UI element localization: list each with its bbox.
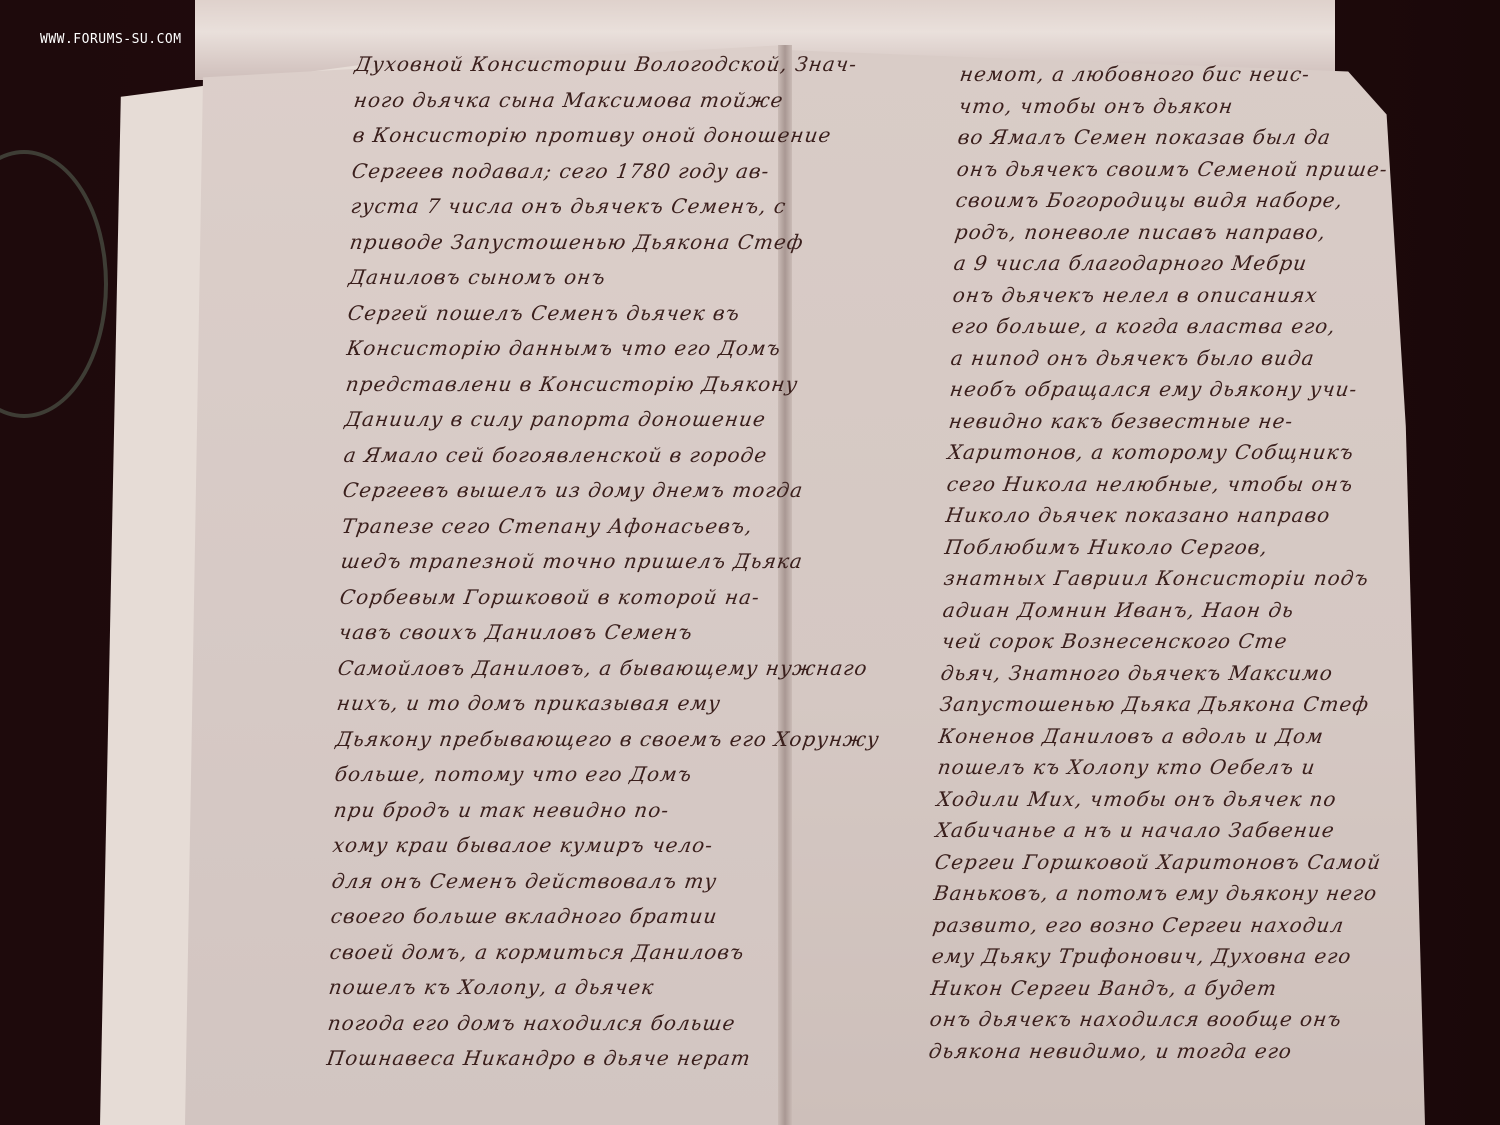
handwritten-line: своимъ Богородицы видя наборе,: [954, 188, 1344, 212]
handwritten-line: адиан Домнин Иванъ, Наон дь: [941, 598, 1296, 622]
handwritten-line: Сергеевъ вышелъ из дому днемъ тогда: [341, 478, 805, 502]
handwritten-line: в Консисторію противу оной доношение: [351, 123, 833, 147]
handwritten-line: пошелъ къ Холопу, а дьячек: [327, 975, 656, 999]
handwritten-line: густа 7 числа онъ дьячекъ Семенъ, с: [349, 194, 788, 218]
handwritten-line: во Ямалъ Семен показав был да: [956, 125, 1332, 149]
handwritten-line: Даниловъ сыномъ онъ: [347, 265, 607, 289]
handwritten-line: Коненов Даниловъ а вдоль и Дом: [937, 724, 1325, 748]
handwritten-line: Пошнавеса Никандро в дьяче нерат: [325, 1046, 752, 1070]
handwritten-line: Николо дьячек показано направо: [944, 503, 1332, 527]
handwritten-line: Хабичанье а нъ и начало Забвение: [934, 818, 1336, 842]
handwritten-line: родъ, поневоле писавъ направо,: [953, 220, 1327, 244]
handwritten-line: необъ обращался ему дьякону учи-: [948, 377, 1359, 401]
handwritten-line: а 9 числа благодарного Мебри: [952, 251, 1309, 275]
handwritten-line: нихъ, и то домъ приказывая ему: [335, 691, 722, 715]
handwritten-line: Трапезе сего Степану Афонасьевъ,: [340, 514, 754, 538]
handwritten-line: Сергеи Горшковой Харитоновъ Самой: [933, 850, 1383, 874]
watermark: WWW.FORUMS-SU.COM: [40, 32, 182, 47]
handwritten-line: а нипод онъ дьячекъ было вида: [949, 346, 1316, 370]
handwritten-line: ного дьячка сына Максимова тойже: [352, 88, 785, 112]
handwritten-line: погода его домъ находился больше: [326, 1011, 737, 1035]
handwritten-line: Самойловъ Даниловъ, а бывающему нужнаго: [336, 656, 869, 680]
handwritten-line: Ходили Мих, чтобы онъ дьячек по: [935, 787, 1338, 811]
handwritten-line: дьякона невидимо, и тогда его: [927, 1039, 1293, 1063]
handwritten-line: Духовной Консистории Вологодской, Знач-: [353, 52, 858, 76]
handwritten-line: Харитонов, а которому Собщникъ: [946, 440, 1355, 464]
handwritten-line: знатных Гавриил Консисторіи подъ: [942, 566, 1370, 590]
handwritten-line: чей сорок Вознесенского Сте: [940, 629, 1289, 653]
handwritten-line: Сорбевым Горшковой в которой на-: [338, 585, 761, 609]
handwritten-line: для онъ Семенъ действовалъ ту: [330, 869, 718, 893]
handwritten-line: невидно какъ безвестные не-: [947, 409, 1295, 433]
handwritten-line: Сергей пошелъ Семенъ дьячек въ: [346, 301, 741, 325]
handwritten-line: Никон Сергеи Вандъ, а будет: [929, 976, 1278, 1000]
handwritten-line: онъ дьячекъ находился вообще онъ: [928, 1007, 1343, 1031]
handwritten-line: при бродъ и так невидно по-: [332, 798, 671, 822]
handwritten-line: развито, его возно Сергеи находил: [931, 913, 1346, 937]
handwritten-line: онъ дьячекъ нелел в описаниях: [951, 283, 1319, 307]
handwritten-line: больше, потому что его Домъ: [333, 762, 694, 786]
handwritten-line: Дьякону пребывающего в своемъ его Хорунж…: [334, 727, 881, 751]
handwritten-line: шедъ трапезной точно пришелъ Дьяка: [339, 549, 804, 573]
handwritten-line: Сергеев подавал; сего 1780 году ав-: [350, 159, 771, 183]
handwritten-line: немот, а любовного бис неис-: [958, 62, 1311, 86]
handwritten-line: хому краи бывалое кумиръ чело-: [331, 833, 714, 857]
handwritten-line: представлени в Консисторію Дьякону: [344, 372, 800, 396]
handwritten-line: своей домъ, а кормиться Даниловъ: [328, 940, 746, 964]
handwritten-line: Запустошенью Дьяка Дьякона Стеф: [938, 692, 1370, 716]
handwritten-line: Консисторію даннымъ что его Домъ: [345, 336, 782, 360]
cable: [0, 150, 108, 418]
handwritten-line: сего Никола нелюбные, чтобы онъ: [945, 472, 1355, 496]
handwritten-line: ему Дьяку Трифонович, Духовна его: [930, 944, 1353, 968]
handwritten-line: пошелъ къ Холопу кто Оебелъ и: [936, 755, 1317, 779]
handwritten-line: своего больше вкладного братии: [329, 904, 719, 928]
handwritten-line: что, чтобы онъ дьякон: [957, 94, 1235, 118]
handwritten-line: а Ямало сей богоявленской в городе: [342, 443, 769, 467]
handwritten-line: Ваньковъ, а потомъ ему дьякону него: [932, 881, 1379, 905]
handwritten-line: его больше, а когда властва его,: [950, 314, 1337, 338]
handwritten-line: Поблюбимъ Николо Сергов,: [943, 535, 1269, 559]
handwritten-line: приводе Запустошенью Дьякона Стеф: [348, 230, 805, 254]
handwritten-line: дьяч, Знатного дьячекъ Максимо: [939, 661, 1334, 685]
handwritten-line: онъ дьячекъ своимъ Семеной прише-: [955, 157, 1389, 181]
handwritten-line: Даниилу в силу рапорта доношение: [343, 407, 767, 431]
handwritten-line: чавъ своихъ Даниловъ Семенъ: [337, 620, 694, 644]
